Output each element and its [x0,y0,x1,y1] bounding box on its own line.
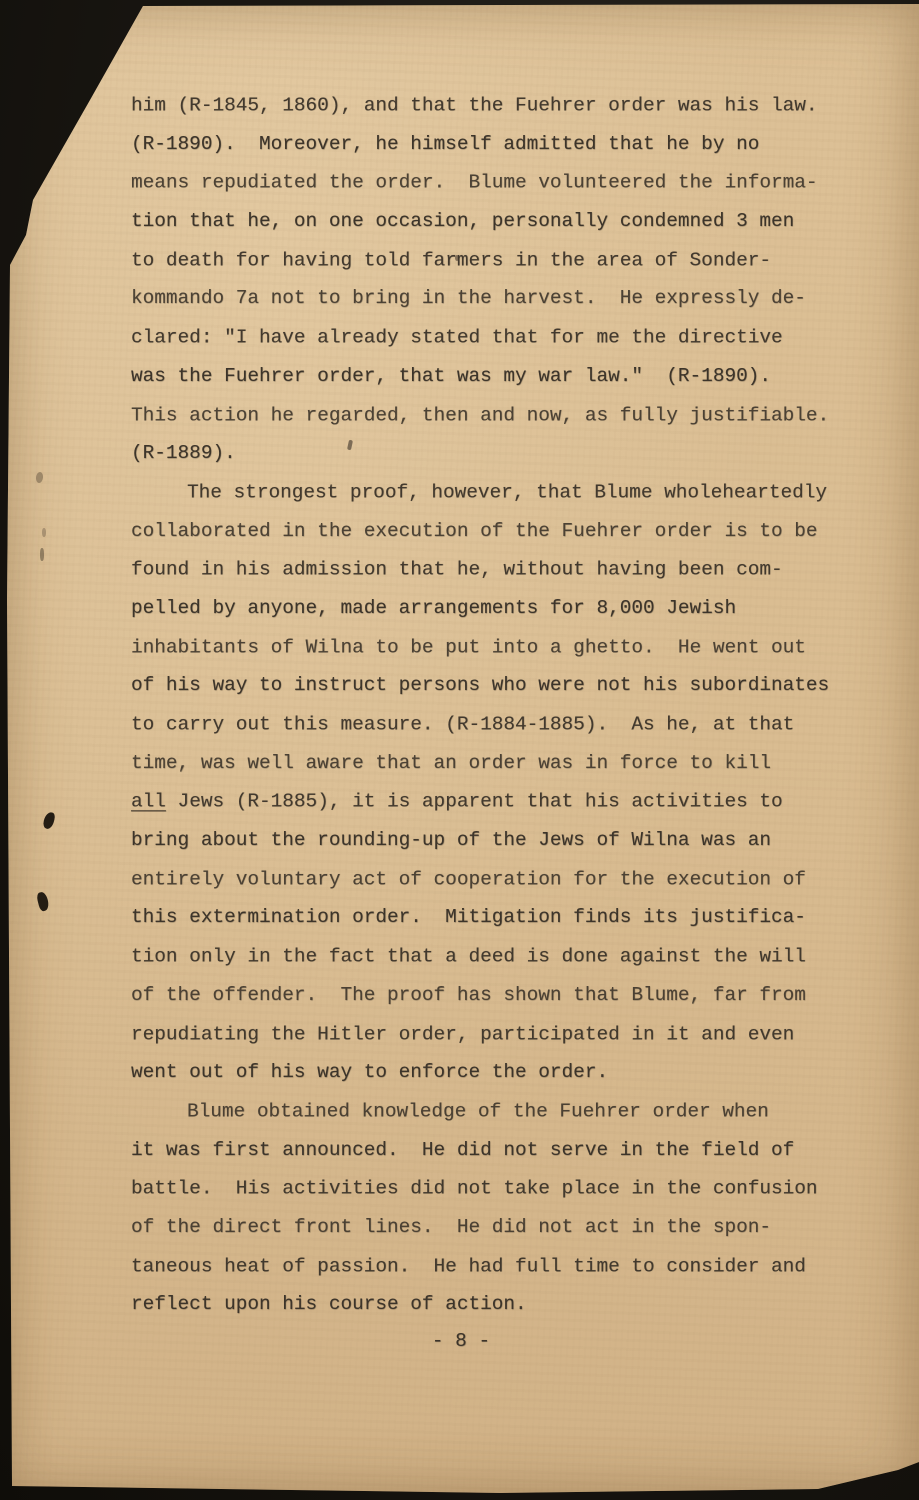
text-line: reflect upon his course of action. [131,1285,837,1324]
document-text: him (R-1845, 1860), and that the Fuehrer… [131,86,837,1324]
text-line: this extermination order. Mitigation fin… [131,898,837,937]
text-line: went out of his way to enforce the order… [131,1053,837,1092]
ink-smudge [35,472,43,484]
text-line: means repudiated the order. Blume volunt… [131,164,837,203]
text-line: taneous heat of passion. He had full tim… [131,1247,837,1286]
text-line: clared: "I have already stated that for … [131,318,837,357]
text-line: all Jews (R-1885), it is apparent that h… [131,783,837,822]
text-line: inhabitants of Wilna to be put into a gh… [131,628,837,667]
text-line: of the offender. The proof has shown tha… [131,976,837,1015]
text-line: found in his admission that he, without … [131,551,837,590]
text-line: bring about the rounding-up of the Jews … [131,821,837,860]
text-line: The strongest proof, however, that Blume… [131,473,837,512]
ink-smudge [42,528,46,537]
text-line: repudiating the Hitler order, participat… [131,1015,837,1054]
text-line: Blume obtained knowledge of the Fuehrer … [131,1092,837,1131]
text-line: time, was well aware that an order was i… [131,744,837,783]
ink-smudge [40,548,44,561]
ink-blot [36,891,50,912]
text-line: to carry out this measure. (R-1884-1885)… [131,705,837,744]
underlined-word: all [131,791,166,813]
text-line: collaborated in the execution of the Fue… [131,512,837,551]
text-line: kommando 7a not to bring in the harvest.… [131,279,837,318]
scan-background: him (R-1845, 1860), and that the Fuehrer… [0,0,919,1500]
text-line: was the Fuehrer order, that was my war l… [131,357,837,396]
text-line: of the direct front lines. He did not ac… [131,1208,837,1247]
text-line: him (R-1845, 1860), and that the Fuehrer… [131,86,837,125]
text-line: it was first announced. He did not serve… [131,1131,837,1170]
text-line: of his way to instruct persons who were … [131,666,837,705]
text-line: tion that he, on one occasion, personall… [131,202,837,241]
text-line: This action he regarded, then and now, a… [131,396,837,435]
ink-blot [42,811,56,830]
document-page: him (R-1845, 1860), and that the Fuehrer… [0,0,919,1500]
text-line: to death for having told farmers in the … [131,241,837,280]
page-number: - 8 - [131,1322,791,1361]
text-line: tion only in the fact that a deed is don… [131,937,837,976]
text-line: entirely voluntary act of cooperation fo… [131,860,837,899]
text-line: (R-1889). [131,434,837,473]
text-line: (R-1890). Moreover, he himself admitted … [131,125,837,164]
text-line: pelled by anyone, made arrangements for … [131,589,837,628]
text-line: battle. His activities did not take plac… [131,1170,837,1209]
ink-speck [455,255,459,261]
